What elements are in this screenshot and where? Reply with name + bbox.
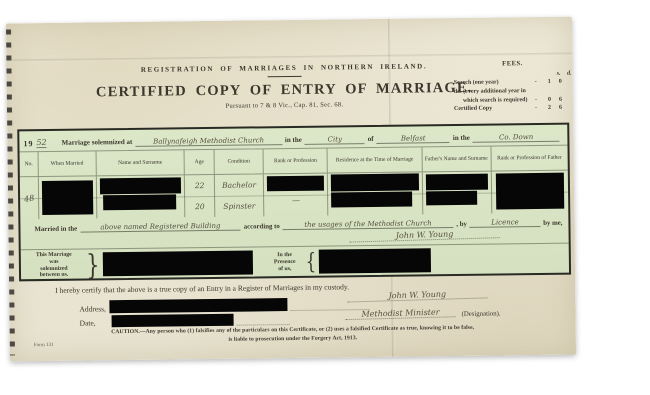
- date-label: Date,: [80, 318, 96, 327]
- redaction-bride-residence: [331, 192, 411, 208]
- fees-title: FEES.: [453, 59, 571, 70]
- registration-line: REGISTRATION OF MARRIAGES IN NORTHERN IR…: [46, 61, 521, 75]
- header-name-surname: Name and Surname: [95, 150, 184, 175]
- bride-age-handwritten: 20: [185, 196, 214, 217]
- cell-residences: [327, 172, 422, 215]
- fees-unit-pence: d.: [561, 69, 572, 78]
- cell-conditions: Bachelor Spinster: [214, 174, 264, 217]
- document-header: REGISTRATION OF MARRIAGES IN NORTHERN IR…: [46, 61, 522, 112]
- fees-unit-shillings: s.: [550, 69, 561, 78]
- address-label: Address,: [79, 304, 106, 313]
- cell-father-names: [421, 172, 491, 215]
- redaction-couple-signatures: [103, 250, 253, 276]
- fee-row-certified-copy: Certified Copy - 2 6: [454, 104, 572, 114]
- cell-entry-no: 48: [20, 177, 39, 219]
- document-title: CERTIFIED COPY OF ENTRY OF MARRIAGE.: [47, 79, 522, 102]
- cell-rank-profession: —: [263, 174, 328, 217]
- fee-pence: 6: [551, 104, 562, 113]
- certify-statement: I hereby certify that the above is a tru…: [55, 282, 349, 295]
- married-label-3: , by: [456, 221, 467, 228]
- presence-label: In the Presence of us,: [267, 252, 303, 273]
- perforated-edge: [6, 29, 15, 355]
- fee-pence: 6: [551, 95, 562, 104]
- header-residence: Residence at the Time of Marriage: [327, 147, 422, 172]
- redaction-groom-name: [99, 177, 181, 194]
- fee-dash: -: [532, 78, 540, 87]
- bride-condition-handwritten: Spinster: [215, 195, 264, 217]
- place-of-marriage-handwritten: Ballynafeigh Methodist Church: [135, 136, 282, 147]
- groom-age-handwritten: 22: [185, 175, 214, 196]
- redaction-groom-father: [425, 174, 487, 191]
- address-row: Address,: [79, 297, 369, 314]
- left-brace: }: [86, 248, 100, 281]
- married-label-1: Married in the: [34, 226, 77, 234]
- redaction-date: [112, 314, 234, 327]
- header-father-rank: Rank or Profession of Father: [490, 146, 568, 171]
- district-handwritten: City: [305, 135, 365, 145]
- year-printed: 19: [23, 139, 33, 148]
- fee-shillings: 0: [540, 95, 551, 104]
- solemnized-label-2: in the: [285, 136, 302, 145]
- redaction-groom-rank: [267, 176, 324, 192]
- redaction-groom-residence: [331, 173, 418, 191]
- designation-row: Methodist Minister (Designation).: [345, 307, 500, 319]
- presence-line-3: of us,: [267, 266, 303, 273]
- fee-row-additional-year: do. (every additional year in which sear…: [454, 86, 572, 105]
- fee-pence: 0: [551, 78, 562, 87]
- fee-label: Certified Copy: [454, 104, 532, 114]
- entry-number-handwritten: 48: [23, 193, 34, 203]
- form-number: Form 131: [34, 343, 54, 348]
- married-label-2: according to: [244, 223, 280, 230]
- year-handwritten: 52: [36, 138, 46, 148]
- cell-when-married: [38, 176, 96, 219]
- officiant-signature-handwritten: John W. Young: [349, 228, 499, 242]
- right-brace: {: [305, 250, 316, 275]
- header-no: No.: [20, 152, 38, 176]
- town-handwritten: Belfast: [377, 134, 450, 144]
- designation-label: (Designation).: [462, 310, 501, 317]
- this-marriage-line-4: between us.: [25, 272, 83, 279]
- redaction-bride-name: [103, 194, 177, 210]
- solemnized-label-3: of: [368, 135, 374, 144]
- scan-page: REGISTRATION OF MARRIAGES IN NORTHERN IR…: [0, 0, 650, 395]
- cell-father-rank: [490, 171, 568, 214]
- fee-label: do. (every additional year in which sear…: [454, 87, 532, 105]
- fee-shillings: 1: [540, 78, 551, 87]
- solemnized-label-1: Marriage solemnized at: [62, 138, 133, 148]
- married-label-4: by me,: [543, 220, 562, 227]
- witness-row: This Marriage was solemnized between us.…: [21, 243, 569, 284]
- redaction-address: [110, 298, 288, 313]
- fees-panel: FEES. s. d. Search (one year) - 1 0 do. …: [453, 59, 572, 114]
- table-body-row: 48 22 20 Bachelor Spinster: [20, 171, 568, 220]
- fee-dash: -: [532, 96, 540, 105]
- redaction-witness-signatures: [319, 248, 431, 273]
- county-handwritten: Co. Down: [473, 133, 560, 143]
- header-father-name: Father's Name and Surname: [421, 147, 490, 172]
- redaction-when-married: [42, 180, 93, 215]
- redaction-bride-father: [426, 191, 477, 206]
- header-age: Age: [184, 150, 214, 174]
- header-condition: Condition: [213, 149, 263, 174]
- entry-table: 19 52 Marriage solemnized at Ballynafeig…: [17, 123, 571, 282]
- solemnized-label-4: in the: [453, 134, 470, 143]
- designation-handwritten: Methodist Minister: [345, 307, 455, 320]
- redaction-father-rank: [495, 173, 564, 210]
- building-handwritten: above named Registered Building: [80, 222, 241, 233]
- licence-handwritten: Licence: [470, 218, 540, 228]
- header-when-married: When Married: [38, 151, 96, 176]
- cell-ages: 22 20: [184, 175, 214, 217]
- certificate-paper: REGISTRATION OF MARRIAGES IN NORTHERN IR…: [6, 17, 576, 362]
- fee-dash: -: [532, 104, 540, 113]
- header-rule: [267, 76, 301, 77]
- bride-rank-dash: —: [264, 191, 327, 211]
- this-marriage-label: This Marriage was solemnized between us.: [25, 252, 83, 279]
- fee-shillings: 2: [540, 104, 551, 113]
- cell-names: [95, 175, 184, 218]
- header-rank-profession: Rank or Profession: [263, 149, 327, 174]
- groom-condition-handwritten: Bachelor: [215, 174, 264, 196]
- usages-handwritten: the usages of the Methodist Church: [283, 219, 454, 230]
